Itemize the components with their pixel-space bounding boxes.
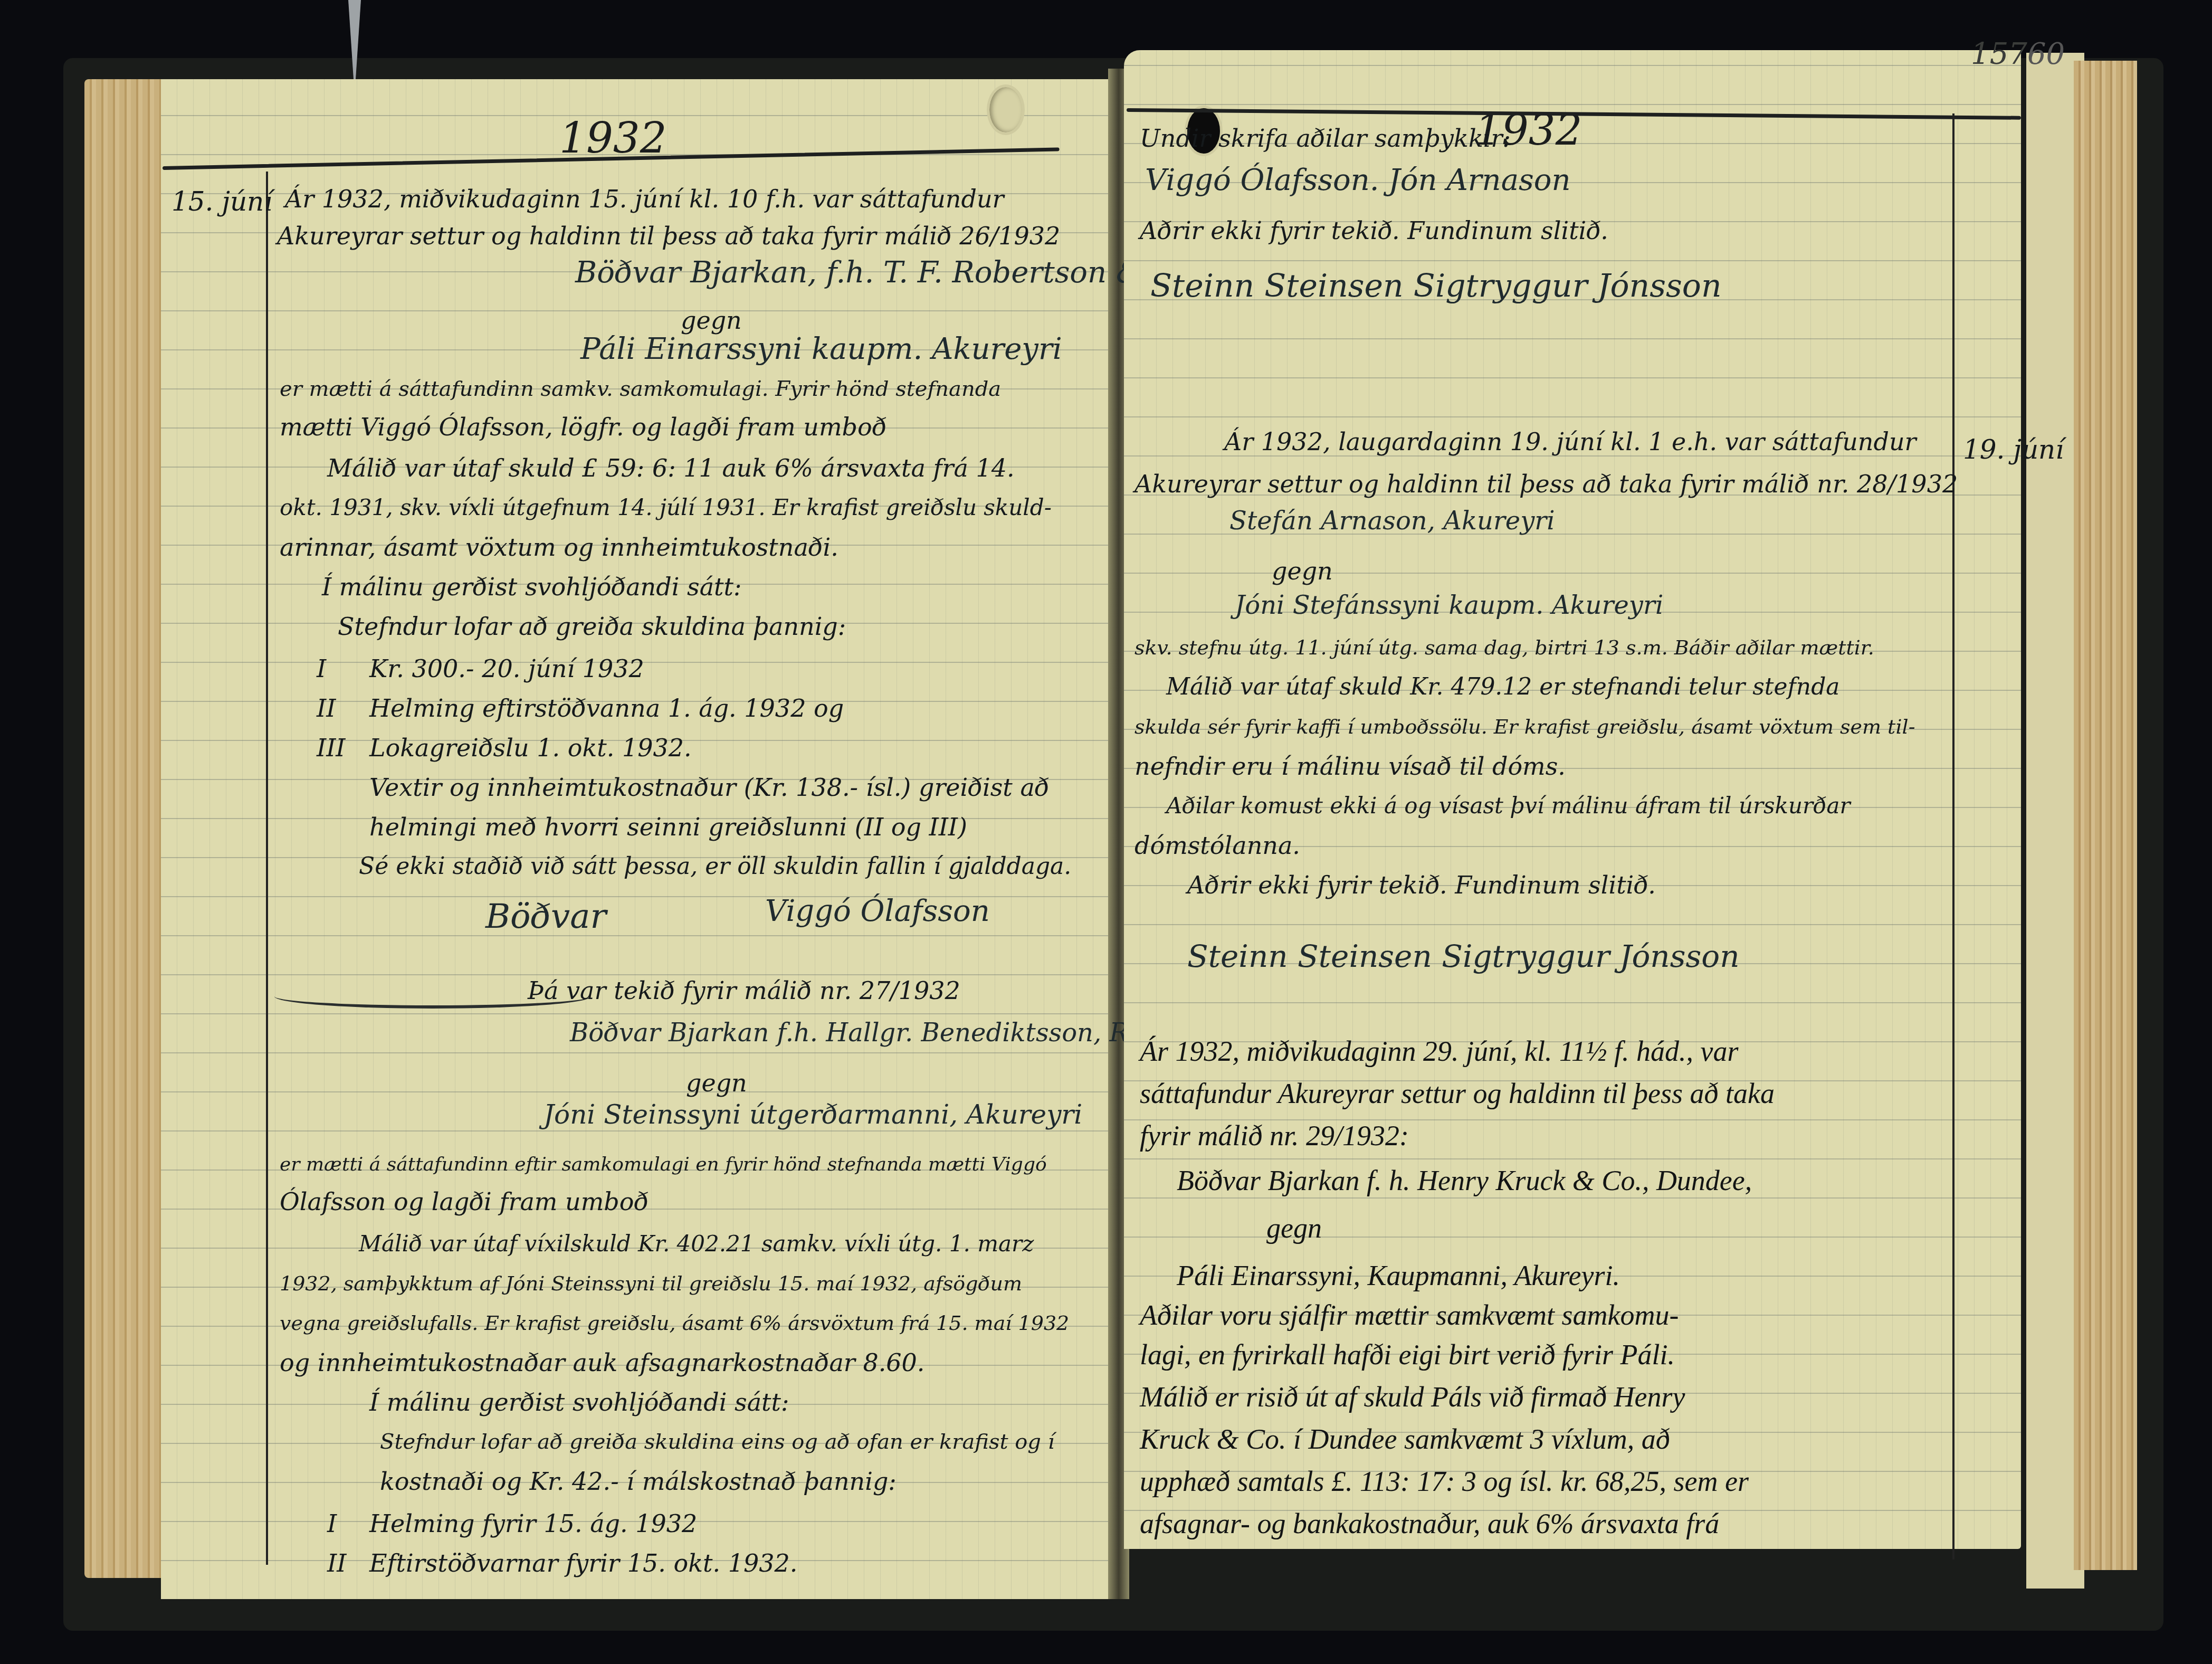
entry-line: skv. stefnu útg. 11. júní útg. sama dag,…	[1134, 628, 1874, 667]
punch-hole-left	[987, 84, 1025, 135]
committee-signatures: Steinn Steinsen Sigtryggur Jónsson	[1187, 937, 1740, 976]
entry-line: afsagnar- og bankakostnaður, auk 6% ársv…	[1140, 1504, 1719, 1543]
plaintiff-line: Böðvar Bjarkan f. h. Henry Kruck & Co., …	[1177, 1161, 1752, 1200]
entry-line: Ólafsson og lagði fram umboð	[280, 1182, 649, 1221]
entry-line: arinnar, ásamt vöxtum og innheimtukostna…	[280, 528, 838, 567]
page-number: 15760	[1971, 37, 2065, 71]
installment-numeral: II	[317, 689, 336, 728]
installment-numeral: II	[327, 1544, 346, 1583]
defendant-line: Jóni Stefánssyni kaupm. Akureyri	[1235, 586, 1663, 625]
committee-signatures: Steinn Steinsen Sigtryggur Jónsson	[1150, 267, 1722, 306]
gegn-label: gegn	[1266, 1209, 1322, 1248]
entry-line: lagi, en fyrirkall hafði eigi birt verið…	[1140, 1335, 1675, 1374]
right-margin-date: 19. júní	[1963, 430, 2064, 469]
entry-line: vegna greiðslufalls. Er krafist greiðslu…	[280, 1304, 1069, 1343]
left-margin-line	[266, 172, 268, 1565]
entry-line: Málið er risið út af skuld Páls við firm…	[1140, 1377, 1685, 1416]
entry-line: Vextir og innheimtukostnaður (Kr. 138.- …	[369, 768, 1050, 807]
defendant-line: Jóni Steinssyni útgerðarmanni, Akureyri	[544, 1095, 1082, 1134]
installment-text: Helming fyrir 15. ág. 1932	[369, 1504, 697, 1543]
entry-line: skulda sér fyrir kaffi í umboðssölu. Er …	[1134, 707, 1915, 746]
entry-line: okt. 1931, skv. víxli útgefnum 14. júlí …	[280, 488, 1052, 527]
entry-line: Málið var útaf víxilskuld Kr. 402.21 sam…	[359, 1224, 1034, 1263]
entry-line: Aðilar komust ekki á og vísast því málin…	[1166, 786, 1851, 825]
entry-line: Í málinu gerðist svohljóðandi sátt:	[369, 1383, 789, 1422]
page-number-value: 157	[1971, 37, 2027, 71]
entry-line: Í málinu gerðist svohljóðandi sátt:	[322, 567, 742, 606]
installment-numeral: I	[327, 1504, 337, 1543]
closing-line: Aðrir ekki fyrir tekið. Fundinum slitið.	[1140, 211, 1608, 250]
installment-text: Helming eftirstöðvanna 1. ág. 1932 og	[369, 689, 844, 728]
right-margin-line	[1952, 113, 1954, 1560]
entry-line: og innheimtukostnaðar auk afsagnarkostna…	[280, 1343, 924, 1382]
entry-line: Málið var útaf skuld Kr. 479.12 er stefn…	[1166, 668, 1840, 707]
entry-line: Aðilar voru sjálfir mættir samkvæmt samk…	[1140, 1296, 1679, 1335]
left-year-heading: 1932	[559, 113, 667, 163]
entry-line: Sé ekki staðið við sátt þessa, er öll sk…	[359, 847, 1071, 886]
entry-line: 1932, samþykktum af Jóni Steinssyni til …	[280, 1264, 1022, 1303]
entry-line: upphæð samtals £. 113: 17: 3 og ísl. kr.…	[1140, 1462, 1749, 1501]
entry-line: Ár 1932, laugardaginn 19. júní kl. 1 e.h…	[1224, 422, 1917, 461]
defendant-line: Páli Einarssyni kaupm. Akureyri	[580, 330, 1062, 369]
entry-line: Undir skrifa aðilar samþykkir:	[1140, 119, 1511, 158]
right-page-edges	[2074, 61, 2137, 1570]
entry-line: kostnaði og Kr. 42.- í málskostnað þanni…	[380, 1462, 897, 1501]
entry-line: Kruck & Co. í Dundee samkvæmt 3 víxlum, …	[1140, 1420, 1670, 1459]
plaintiff-line: Böðvar Bjarkan f.h. Hallgr. Benediktsson…	[570, 1013, 1166, 1052]
plaintiff-line: Stefán Arnason, Akureyri	[1229, 501, 1555, 540]
entry-line: fyrir málið nr. 29/1932:	[1140, 1116, 1409, 1155]
entry-line: Ár 1932, miðvikudaginn 29. júní, kl. 11½…	[1140, 1032, 1738, 1071]
entry-line: Akureyrar settur og haldinn til þess að …	[277, 216, 1060, 255]
entry-line: Málið var útaf skuld £ 59: 6: 11 auk 6% …	[327, 449, 1015, 488]
entry-line: er mætti á sáttafundinn eftir samkomulag…	[280, 1145, 1047, 1184]
gegn-label: gegn	[1272, 552, 1333, 591]
left-margin-date: 15. júní	[171, 182, 272, 221]
entry-line: er mætti á sáttafundinn samkv. samkomula…	[280, 369, 1001, 408]
entry-line: helmingi með hvorri seinni greiðslunni (…	[369, 807, 967, 847]
signatures-line: Viggó Ólafsson. Jón Arnason	[1145, 161, 1571, 200]
entry-line: Stefndur lofar að greiða skuldina eins o…	[380, 1422, 1054, 1461]
underleaf-page-number: 60	[2027, 37, 2065, 71]
installment-text: Lokagreiðslu 1. okt. 1932.	[369, 728, 692, 767]
installment-text: Kr. 300.- 20. júní 1932	[369, 649, 644, 688]
entry-line: nefndir eru í málinu vísað til dóms.	[1134, 747, 1566, 786]
signature-viggo: Viggó Ólafsson	[765, 892, 990, 931]
entry-line: Stefndur lofar að greiða skuldina þannig…	[338, 607, 846, 646]
signature-bodvar: Böðvar	[485, 897, 606, 936]
entry-line: mætti Viggó Ólafsson, lögfr. og lagði fr…	[280, 407, 886, 446]
entry-line: Ár 1932, miðvikudaginn 15. júní kl. 10 f…	[285, 179, 1004, 218]
entry-line: sáttafundur Akureyrar settur og haldinn …	[1140, 1074, 1775, 1113]
left-page-edges	[84, 79, 164, 1578]
defendant-line: Páli Einarssyni, Kaupmanni, Akureyri.	[1177, 1256, 1620, 1295]
entry-line: Akureyrar settur og haldinn til þess að …	[1134, 464, 1958, 503]
installment-numeral: III	[317, 728, 346, 767]
installment-numeral: I	[317, 649, 326, 688]
closing-line: Aðrir ekki fyrir tekið. Fundinum slitið.	[1187, 866, 1656, 905]
entry-line: dómstólanna.	[1134, 826, 1300, 865]
installment-text: Eftirstöðvarnar fyrir 15. okt. 1932.	[369, 1544, 797, 1583]
entry-line: Þá var tekið fyrir málið nr. 27/1932	[528, 971, 960, 1010]
